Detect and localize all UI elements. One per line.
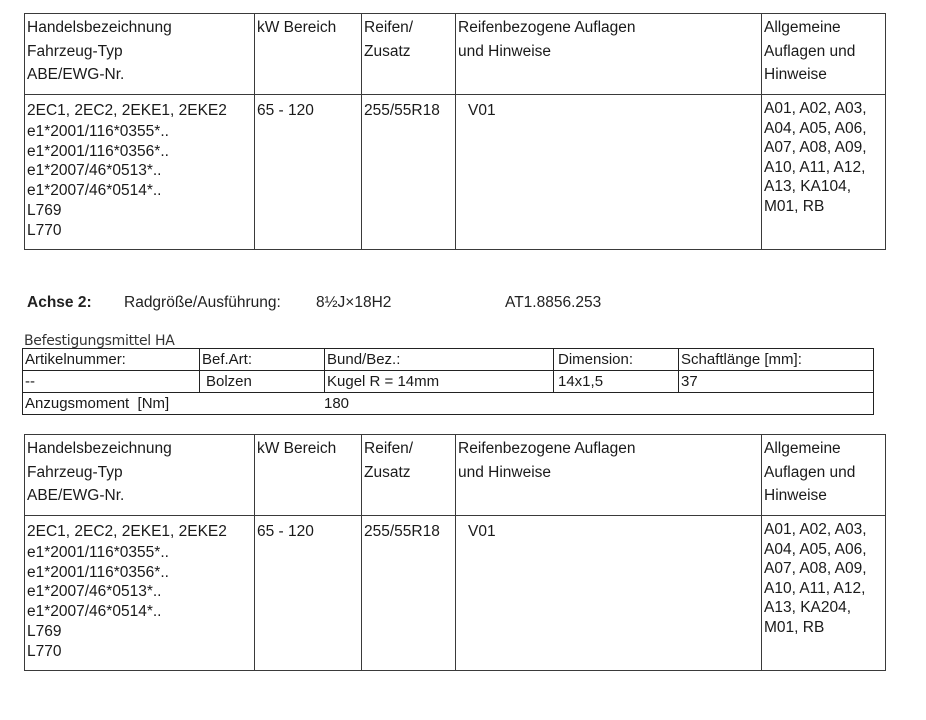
approval-number: L770 [27, 221, 254, 241]
header-line: Auflagen und [764, 40, 885, 64]
approval-number: e1*2007/46*0513*.. [27, 161, 254, 181]
header-line: Reifen/ [364, 437, 455, 461]
vehicle-types: 2EC1, 2EC2, 2EKE1, 2EKE2 [27, 520, 254, 543]
fastener-table: Artikelnummer: Bef.Art: Bund/Bez.: Dimen… [22, 348, 874, 415]
approval-number: e1*2001/116*0356*.. [27, 142, 254, 162]
header-bef-art: Bef.Art: [200, 349, 325, 371]
approval-number: e1*2007/46*0513*.. [27, 582, 254, 602]
header-line: ABE/EWG-Nr. [27, 63, 254, 87]
table-header-row: Handelsbezeichnung Fahrzeug-Typ ABE/EWG-… [25, 14, 886, 95]
approval-number: L770 [27, 642, 254, 662]
torque-row: Anzugsmoment [Nm] 180 [23, 393, 874, 415]
general-note-line: A01, A02, A03, [764, 520, 885, 540]
header-dimension: Dimension: [554, 349, 679, 371]
cell-general-notes: A01, A02, A03, A04, A05, A06, A07, A08, … [762, 516, 886, 671]
header-line: Handelsbezeichnung [27, 437, 254, 461]
value-bef-art: Bolzen [200, 371, 325, 393]
general-note-line: A13, KA204, [764, 598, 885, 618]
header-line: Reifen/ [364, 16, 455, 40]
vehicle-types: 2EC1, 2EC2, 2EKE1, 2EKE2 [27, 99, 254, 122]
tire-notes: V01 [468, 520, 761, 543]
torque-cell: Anzugsmoment [Nm] 180 [23, 393, 874, 415]
approval-number: e1*2007/46*0514*.. [27, 181, 254, 201]
value-dimension: 14x1,5 [554, 371, 679, 393]
header-artikelnummer: Artikelnummer: [23, 349, 200, 371]
header-line: Reifenbezogene Auflagen [458, 16, 761, 40]
kw-range: 65 - 120 [257, 99, 361, 122]
header-line: kW Bereich [257, 437, 361, 461]
general-note-line: M01, RB [764, 618, 885, 638]
header-line: Allgemeine [764, 16, 885, 40]
general-note-line: A10, A11, A12, [764, 579, 885, 599]
header-line: und Hinweise [458, 40, 761, 64]
table-header-row: Handelsbezeichnung Fahrzeug-Typ ABE/EWG-… [25, 435, 886, 516]
header-line: Allgemeine [764, 437, 885, 461]
header-line: Hinweise [764, 484, 885, 508]
cell-tire-notes: V01 [456, 516, 762, 671]
header-line: Fahrzeug-Typ [27, 40, 254, 64]
general-note-line: A04, A05, A06, [764, 540, 885, 560]
header-line: ABE/EWG-Nr. [27, 484, 254, 508]
cell-types-approvals: 2EC1, 2EC2, 2EKE1, 2EKE2 e1*2001/116*035… [25, 95, 255, 250]
value-bund-bez: Kugel R = 14mm [325, 371, 554, 393]
header-kw-bereich: kW Bereich [255, 14, 362, 95]
axle-line: Achse 2: Radgröße/Ausführung: 8½J×18H2 A… [27, 294, 727, 316]
kw-range: 65 - 120 [257, 520, 361, 543]
general-note-line: A01, A02, A03, [764, 99, 885, 119]
approval-number: e1*2007/46*0514*.. [27, 602, 254, 622]
wheel-size-value: 8½J×18H2 [316, 294, 391, 312]
approval-number: e1*2001/116*0356*.. [27, 563, 254, 583]
header-line: Handelsbezeichnung [27, 16, 254, 40]
table-row: 2EC1, 2EC2, 2EKE1, 2EKE2 e1*2001/116*035… [25, 516, 886, 671]
approval-number: e1*2001/116*0355*.. [27, 543, 254, 563]
value-artikelnummer: -- [23, 371, 200, 393]
cell-kw-range: 65 - 120 [255, 516, 362, 671]
cell-types-approvals: 2EC1, 2EC2, 2EKE1, 2EKE2 e1*2001/116*035… [25, 516, 255, 671]
header-line: Hinweise [764, 63, 885, 87]
header-schaftlaenge: Schaftlänge [mm]: [679, 349, 874, 371]
header-line: Reifenbezogene Auflagen [458, 437, 761, 461]
fastener-header-row: Artikelnummer: Bef.Art: Bund/Bez.: Dimen… [23, 349, 874, 371]
general-note-line: M01, RB [764, 197, 885, 217]
general-note-line: A04, A05, A06, [764, 119, 885, 139]
tire-notes: V01 [468, 99, 761, 122]
general-note-line: A13, KA104, [764, 177, 885, 197]
wheel-size-label: Radgröße/Ausführung: [124, 294, 281, 312]
header-handelsbezeichnung: Handelsbezeichnung Fahrzeug-Typ ABE/EWG-… [25, 14, 255, 95]
header-bund-bez: Bund/Bez.: [325, 349, 554, 371]
general-note-line: A07, A08, A09, [764, 138, 885, 158]
cell-general-notes: A01, A02, A03, A04, A05, A06, A07, A08, … [762, 95, 886, 250]
approval-number: L769 [27, 622, 254, 642]
article-code: AT1.8856.253 [505, 294, 601, 312]
fastener-caption: Befestigungsmittel HA [24, 333, 175, 349]
header-reifenbezogene-auflagen: Reifenbezogene Auflagen und Hinweise [456, 14, 762, 95]
axle-label: Achse 2: [27, 294, 92, 312]
vehicle-table-1: Handelsbezeichnung Fahrzeug-Typ ABE/EWG-… [24, 13, 886, 250]
header-line: Auflagen und [764, 461, 885, 485]
torque-value: 180 [324, 393, 349, 414]
header-line: und Hinweise [458, 461, 761, 485]
torque-label: Anzugsmoment [Nm] [25, 395, 169, 412]
approval-number: L769 [27, 201, 254, 221]
header-line: Fahrzeug-Typ [27, 461, 254, 485]
header-reifenbezogene-auflagen: Reifenbezogene Auflagen und Hinweise [456, 435, 762, 516]
header-allgemeine-auflagen: Allgemeine Auflagen und Hinweise [762, 435, 886, 516]
approval-number: e1*2001/116*0355*.. [27, 122, 254, 142]
header-allgemeine-auflagen: Allgemeine Auflagen und Hinweise [762, 14, 886, 95]
tire-size: 255/55R18 [364, 520, 455, 543]
header-line: Zusatz [364, 461, 455, 485]
general-note-line: A07, A08, A09, [764, 559, 885, 579]
cell-tire: 255/55R18 [362, 516, 456, 671]
value-schaftlaenge: 37 [679, 371, 874, 393]
header-kw-bereich: kW Bereich [255, 435, 362, 516]
header-reifen-zusatz: Reifen/ Zusatz [362, 435, 456, 516]
header-handelsbezeichnung: Handelsbezeichnung Fahrzeug-Typ ABE/EWG-… [25, 435, 255, 516]
cell-tire-notes: V01 [456, 95, 762, 250]
general-note-line: A10, A11, A12, [764, 158, 885, 178]
fastener-value-row: -- Bolzen Kugel R = 14mm 14x1,5 37 [23, 371, 874, 393]
cell-kw-range: 65 - 120 [255, 95, 362, 250]
header-reifen-zusatz: Reifen/ Zusatz [362, 14, 456, 95]
header-line: Zusatz [364, 40, 455, 64]
vehicle-table-2: Handelsbezeichnung Fahrzeug-Typ ABE/EWG-… [24, 434, 886, 671]
table-row: 2EC1, 2EC2, 2EKE1, 2EKE2 e1*2001/116*035… [25, 95, 886, 250]
cell-tire: 255/55R18 [362, 95, 456, 250]
tire-size: 255/55R18 [364, 99, 455, 122]
header-line: kW Bereich [257, 16, 361, 40]
